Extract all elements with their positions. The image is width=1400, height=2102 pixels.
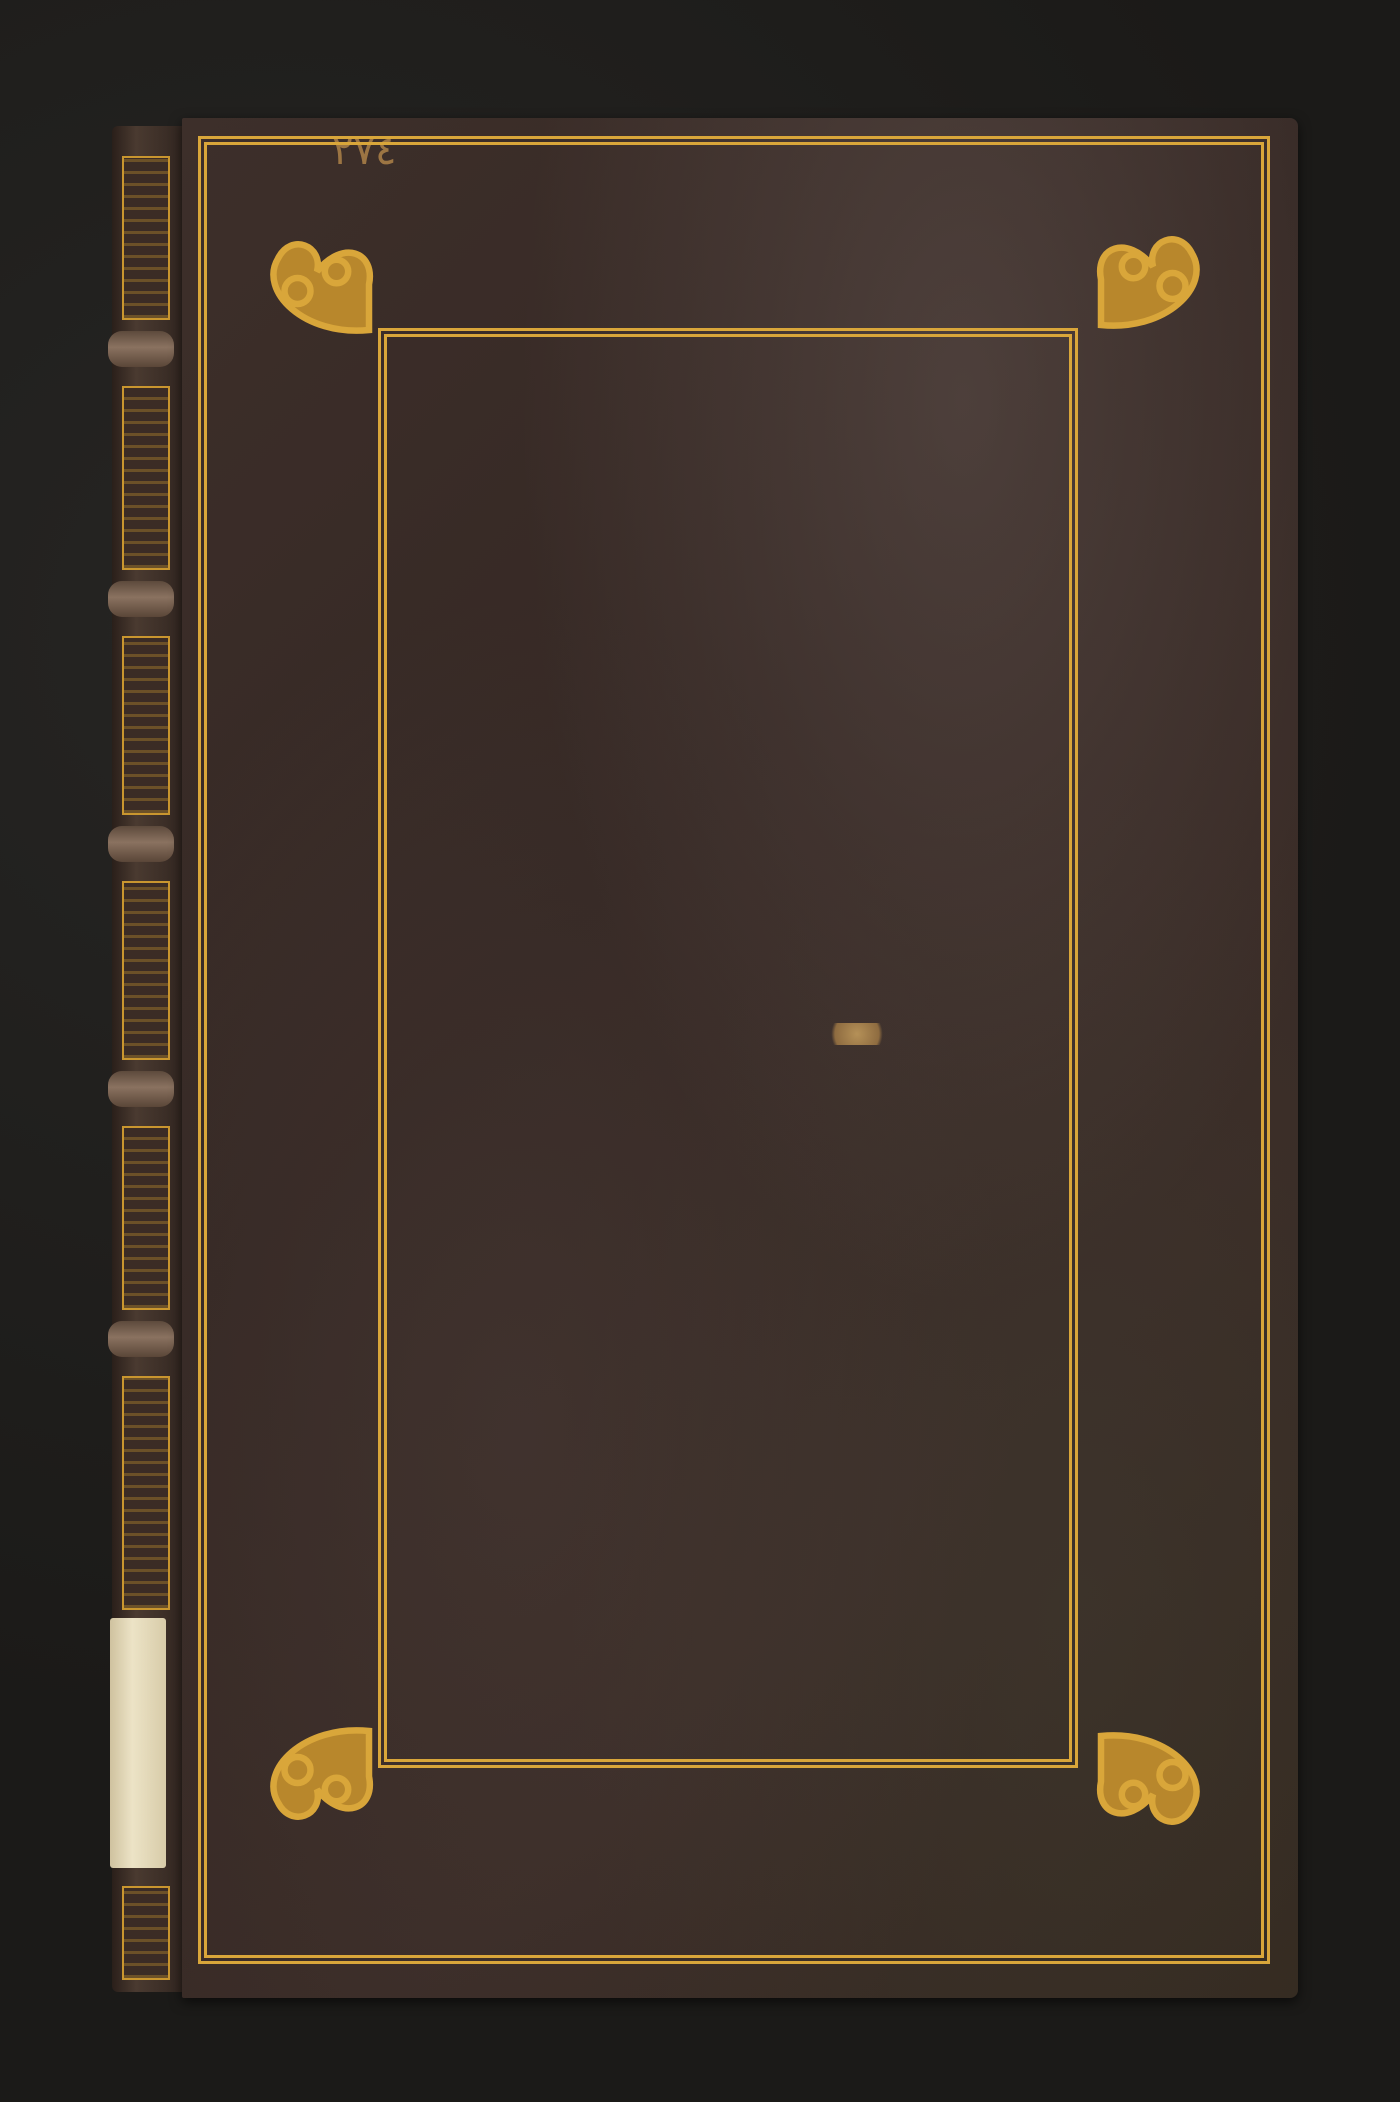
spine-raised-band <box>108 1071 174 1107</box>
inner-gilt-panel <box>378 328 1078 1768</box>
spine-gilt-panel <box>122 1886 170 1980</box>
spine-gilt-panel <box>122 1126 170 1310</box>
corner-ornament-icon <box>1088 1723 1218 1853</box>
spine-gilt-panel <box>122 881 170 1060</box>
corner-ornament-icon <box>1088 208 1218 338</box>
spine-raised-band <box>108 1321 174 1357</box>
corner-ornament-icon <box>252 1718 382 1848</box>
front-cover: ٢٧٤ <box>182 118 1298 1998</box>
spine-gilt-panel <box>122 636 170 815</box>
spine-raised-band <box>108 331 174 367</box>
spine-gilt-panel <box>122 386 170 570</box>
book: ٢٧٤ <box>112 118 1298 1998</box>
center-gilt-remnant <box>822 1023 892 1045</box>
spine-raised-band <box>108 826 174 862</box>
book-spine <box>112 126 192 1992</box>
spine-paper-label <box>110 1618 166 1868</box>
spine-gilt-panel <box>122 1376 170 1610</box>
spine-gilt-panel <box>122 156 170 320</box>
spine-raised-band <box>108 581 174 617</box>
corner-ornament-icon <box>252 213 382 343</box>
